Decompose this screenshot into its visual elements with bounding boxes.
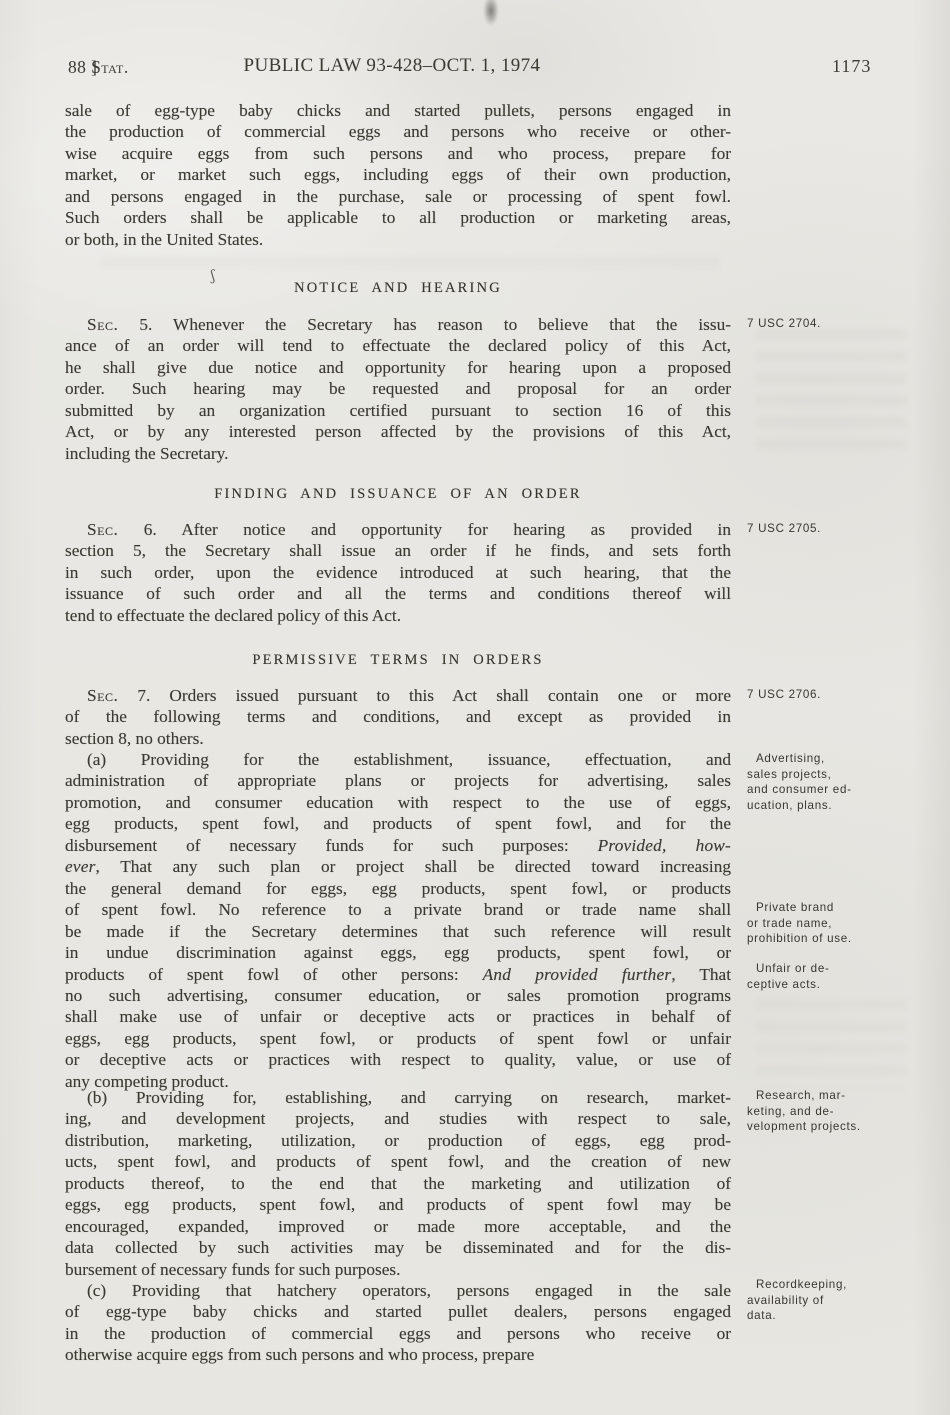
text-line: ance of an order will tend to effectuate…	[65, 335, 731, 356]
text-line: ucation, plans.	[747, 798, 919, 814]
text-line: market, or market such eggs, including e…	[65, 164, 731, 185]
text-line: order. Such hearing may be requested and…	[65, 378, 731, 399]
text-line: ever, That any such plan or project shal…	[65, 856, 731, 877]
text-line: 7 USC 2706.	[747, 687, 919, 703]
text-line: of spent fowl. No reference to a private…	[65, 899, 731, 920]
text-line: prohibition of use.	[747, 931, 919, 947]
statute-volume-ref: 88 Stat. ]	[68, 57, 97, 78]
text-line: 7 USC 2704.	[747, 316, 919, 332]
text-line: (a) Providing for the establishment, iss…	[65, 749, 731, 770]
text-line: in such order, upon the evidence introdu…	[65, 562, 731, 583]
sec5-paragraph: Sec. 5. Whenever the Secretary has reaso…	[65, 314, 731, 464]
text-line: Recordkeeping,	[747, 1277, 919, 1293]
text-line: he shall give due notice and opportunity…	[65, 357, 731, 378]
bleed-through-artifact	[100, 258, 720, 272]
text-line: egg products, spent fowl, and products o…	[65, 813, 731, 834]
text-line: wise acquire eggs from such persons and …	[65, 143, 731, 164]
text-line: sales projects,	[747, 767, 919, 783]
text-line: availability of	[747, 1293, 919, 1309]
text-line: ing, and development projects, and studi…	[65, 1108, 731, 1129]
text-line: (c) Providing that hatchery operators, p…	[65, 1280, 731, 1301]
text-line: Such orders shall be applicable to all p…	[65, 207, 731, 228]
text-line: and persons engaged in the purchase, sal…	[65, 186, 731, 207]
text-line: section 5, the Secretary shall issue an …	[65, 540, 731, 561]
text-line: Act, or by any interested person affecte…	[65, 421, 731, 442]
margin-note-advertising: Advertising,sales projects,and consumer …	[747, 751, 919, 813]
page-number: 1173	[832, 56, 871, 77]
margin-note-usc-2705: 7 USC 2705.	[747, 521, 919, 537]
text-line: and consumer ed-	[747, 782, 919, 798]
margin-note-recordkeeping: Recordkeeping,availability ofdata.	[747, 1277, 919, 1324]
text-line: encouraged, expanded, improved or made m…	[65, 1216, 731, 1237]
text-line: submitted by an organization certified p…	[65, 400, 731, 421]
text-line: 7 USC 2705.	[747, 521, 919, 537]
margin-note-usc-2706: 7 USC 2706.	[747, 687, 919, 703]
text-line: Sec. 6. After notice and opportunity for…	[65, 519, 731, 540]
text-line: of the following terms and conditions, a…	[65, 706, 731, 727]
sec7-paragraph: Sec. 7. Orders issued pursuant to this A…	[65, 685, 731, 749]
text-line: the production of commercial eggs and pe…	[65, 121, 731, 142]
text-line: no such advertising, consumer education,…	[65, 985, 731, 1006]
section-heading-permissive: PERMISSIVE TERMS IN ORDERS	[65, 652, 731, 669]
text-line: issuance of such order and all the terms…	[65, 583, 731, 604]
text-line: in undue discrimination against eggs, eg…	[65, 942, 731, 963]
text-line: velopment projects.	[747, 1119, 919, 1135]
text-line: eggs, egg products, spent fowl, and prod…	[65, 1194, 731, 1215]
text-line: products thereof, to the end that the ma…	[65, 1173, 731, 1194]
text-line: eggs, egg products, spent fowl, or produ…	[65, 1028, 731, 1049]
text-line: in the production of commercial eggs and…	[65, 1323, 731, 1344]
text-line: sale of egg-type baby chicks and started…	[65, 100, 731, 121]
subsection-c-paragraph: (c) Providing that hatchery operators, p…	[65, 1280, 731, 1366]
text-line: be made if the Secretary determines that…	[65, 921, 731, 942]
text-line: promotion, and consumer education with r…	[65, 792, 731, 813]
bleed-through-artifact	[756, 1000, 906, 1090]
text-line: ucts, spent fowl, and products of spent …	[65, 1151, 731, 1172]
margin-note-unfair-acts: Unfair or de-ceptive acts.	[747, 961, 919, 992]
margin-note-usc-2704: 7 USC 2704.	[747, 316, 919, 332]
text-line: bursement of necessary funds for such pu…	[65, 1259, 731, 1280]
text-line: administration of appropriate plans or p…	[65, 770, 731, 791]
public-law-title: PUBLIC LAW 93-428–OCT. 1, 1974	[244, 55, 541, 77]
text-line: section 8, no others.	[65, 728, 731, 749]
text-line: or both, in the United States.	[65, 229, 731, 250]
text-line: Unfair or de-	[747, 961, 919, 977]
text-line: Research, mar-	[747, 1088, 919, 1104]
text-line: shall make use of unfair or deceptive ac…	[65, 1006, 731, 1027]
scan-smudge-artifact	[476, 0, 506, 36]
text-line: or trade name,	[747, 916, 919, 932]
section-heading-notice: NOTICE AND HEARING	[65, 280, 731, 297]
text-line: (b) Providing for, establishing, and car…	[65, 1087, 731, 1108]
text-line: Sec. 7. Orders issued pursuant to this A…	[65, 685, 731, 706]
margin-note-research: Research, mar-keting, and de-velopment p…	[747, 1088, 919, 1135]
text-line: distribution, marketing, utilization, or…	[65, 1130, 731, 1151]
intro-paragraph: sale of egg-type baby chicks and started…	[65, 100, 731, 250]
sec6-paragraph: Sec. 6. After notice and opportunity for…	[65, 519, 731, 626]
subsection-b-paragraph: (b) Providing for, establishing, and car…	[65, 1087, 731, 1280]
bleed-through-artifact	[756, 330, 906, 450]
text-line: disbursement of necessary funds for such…	[65, 835, 731, 856]
text-line: products of spent fowl of other persons:…	[65, 964, 731, 985]
text-line: including the Secretary.	[65, 443, 731, 464]
text-line: Private brand	[747, 900, 919, 916]
margin-note-private-brand: Private brandor trade name,prohibition o…	[747, 900, 919, 947]
text-line: Sec. 5. Whenever the Secretary has reaso…	[65, 314, 731, 335]
text-line: the general demand for eggs, egg product…	[65, 878, 731, 899]
section-heading-finding: FINDING AND ISSUANCE OF AN ORDER	[65, 486, 731, 503]
subsection-a-paragraph: (a) Providing for the establishment, iss…	[65, 749, 731, 1092]
text-line: or deceptive acts or practices with resp…	[65, 1049, 731, 1070]
text-line: data collected by such activities may be…	[65, 1237, 731, 1258]
text-line: Advertising,	[747, 751, 919, 767]
text-line: of egg-type baby chicks and started pull…	[65, 1301, 731, 1322]
text-line: keting, and de-	[747, 1104, 919, 1120]
text-line: ceptive acts.	[747, 977, 919, 993]
text-line: otherwise acquire eggs from such persons…	[65, 1344, 731, 1365]
text-line: data.	[747, 1308, 919, 1324]
statute-scanned-page: ʃ 88 Stat. ] PUBLIC LAW 93-428–OCT. 1, 1…	[0, 0, 950, 1415]
text-line: tend to effectuate the declared policy o…	[65, 605, 731, 626]
